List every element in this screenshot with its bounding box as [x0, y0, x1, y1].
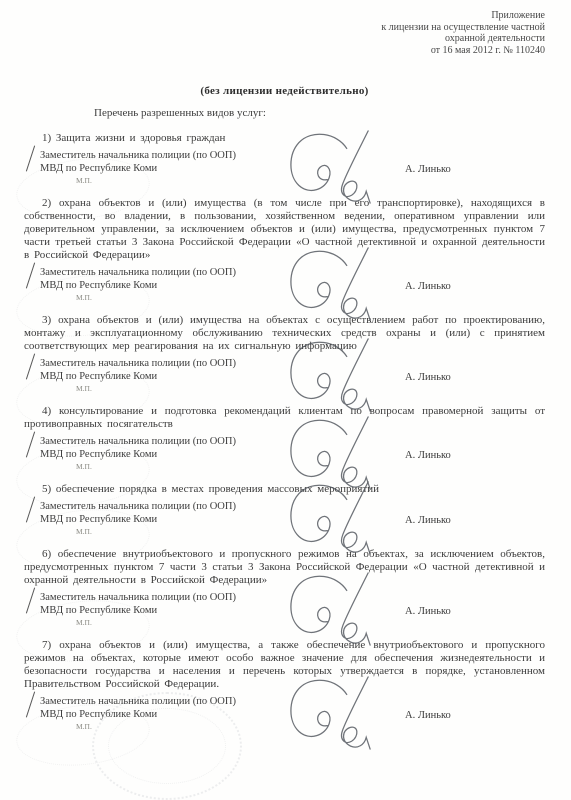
services-list: 1) Защита жизни и здоровья граждан Замес…: [24, 132, 545, 735]
signature-block: Заместитель начальника полиции (по ООП) …: [24, 500, 545, 540]
handwritten-signature-icon: [282, 127, 390, 205]
header-line: от 16 мая 2012 г. № 110240: [24, 45, 545, 57]
services-list-title: Перечень разрешенных видов услуг:: [94, 107, 545, 119]
signer-name: А. Линько: [405, 450, 451, 461]
signature-block: Заместитель начальника полиции (по ООП) …: [24, 266, 545, 306]
signature-block: Заместитель начальника полиции (по ООП) …: [24, 435, 545, 475]
signer-name: А. Линько: [405, 164, 451, 175]
header-block: Приложение к лицензии на осуществление ч…: [24, 10, 545, 56]
round-stamp-mark: [92, 692, 242, 800]
signer-name: А. Линько: [405, 515, 451, 526]
signature-block: Заместитель начальника полиции (по ООП) …: [24, 149, 545, 189]
signer-name: А. Линько: [405, 372, 451, 383]
signer-name: А. Линько: [405, 710, 451, 721]
handwritten-signature-icon: [282, 569, 390, 647]
handwritten-signature-icon: [282, 335, 390, 413]
signature-block: Заместитель начальника полиции (по ООП) …: [24, 591, 545, 631]
license-notice: (без лицензии недействительно): [24, 85, 545, 97]
handwritten-signature-icon: [282, 478, 390, 556]
header-line: к лицензии на осуществление частной: [24, 22, 545, 34]
signature-block: Заместитель начальника полиции (по ООП) …: [24, 357, 545, 397]
document-page: Приложение к лицензии на осуществление ч…: [0, 0, 571, 800]
header-line: Приложение: [24, 10, 545, 22]
header-line: охранной деятельности: [24, 33, 545, 45]
signer-name: А. Линько: [405, 281, 451, 292]
handwritten-signature-icon: [282, 673, 390, 751]
signer-name: А. Линько: [405, 606, 451, 617]
handwritten-signature-icon: [282, 244, 390, 322]
